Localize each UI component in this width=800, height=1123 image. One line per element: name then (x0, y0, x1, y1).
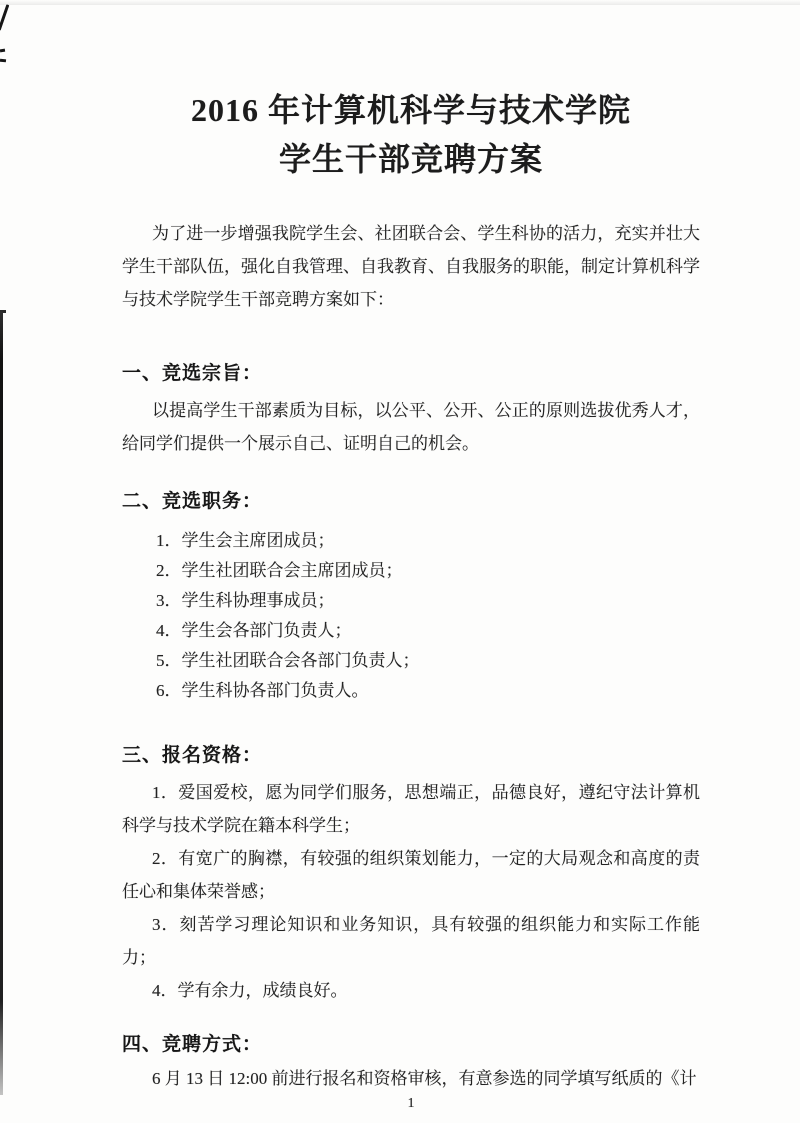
section-heading-4: 四、竞聘方式： (122, 1033, 700, 1057)
section-heading-1: 一、竞选宗旨： (122, 362, 700, 386)
list-item: 4．学生会各部门负责人； (156, 616, 700, 646)
section-1-paragraph: 以提高学生干部素质为目标，以公平、公开、公正的原则选拔优秀人才，给同学们提供一个… (122, 394, 700, 460)
document-body: 2016 年计算机科学与技术学院 学生干部竞聘方案 为了进一步增强我院学生会、社… (122, 0, 700, 1113)
scan-mark-dash (0, 59, 6, 63)
section-heading-3: 三、报名资格： (122, 744, 700, 768)
list-item: 1．学生会主席团成员； (156, 526, 700, 556)
section-heading-2: 二、竞选职务： (122, 490, 700, 514)
scan-mark-dash (0, 49, 5, 53)
document-title-line1: 2016 年计算机科学与技术学院 (122, 86, 700, 135)
list-item: 4．学有余力，成绩良好。 (122, 974, 700, 1007)
document-title-line2: 学生干部竞聘方案 (122, 135, 700, 184)
scan-mark-diagonal-stroke (0, 4, 9, 31)
list-item: 2．学生社团联合会主席团成员； (156, 556, 700, 586)
list-item: 6．学生科协各部门负责人。 (156, 676, 700, 706)
list-item: 5．学生社团联合会各部门负责人； (156, 646, 700, 676)
section-4-paragraph: 6 月 13 日 12:00 前进行报名和资格审核，有意参选的同学填写纸质的《计 (122, 1062, 700, 1095)
intro-paragraph: 为了进一步增强我院学生会、社团联合会、学生科协的活力，充实并壮大学生干部队伍，强… (122, 217, 700, 316)
list-item: 1．爱国爱校，愿为同学们服务，思想端正，品德良好，遵纪守法计算机科学与技术学院在… (122, 776, 700, 842)
list-item: 3．学生科协理事成员； (156, 586, 700, 616)
list-item: 3．刻苦学习理论知识和业务知识，具有较强的组织能力和实际工作能力； (122, 908, 700, 974)
list-item: 2．有宽广的胸襟，有较强的组织策划能力，一定的大局观念和高度的责任心和集体荣誉感… (122, 842, 700, 908)
page-number: 1 (122, 1095, 700, 1113)
qualification-list: 1．爱国爱校，愿为同学们服务，思想端正，品德良好，遵纪守法计算机科学与技术学院在… (122, 776, 700, 1007)
scanned-document-page: { "page": { "kind": "scanned printed doc… (0, 0, 800, 1123)
document-title: 2016 年计算机科学与技术学院 学生干部竞聘方案 (122, 86, 700, 184)
duty-list: 1．学生会主席团成员； 2．学生社团联合会主席团成员； 3．学生科协理事成员； … (122, 526, 700, 706)
scan-edge-left-band (0, 312, 3, 1095)
